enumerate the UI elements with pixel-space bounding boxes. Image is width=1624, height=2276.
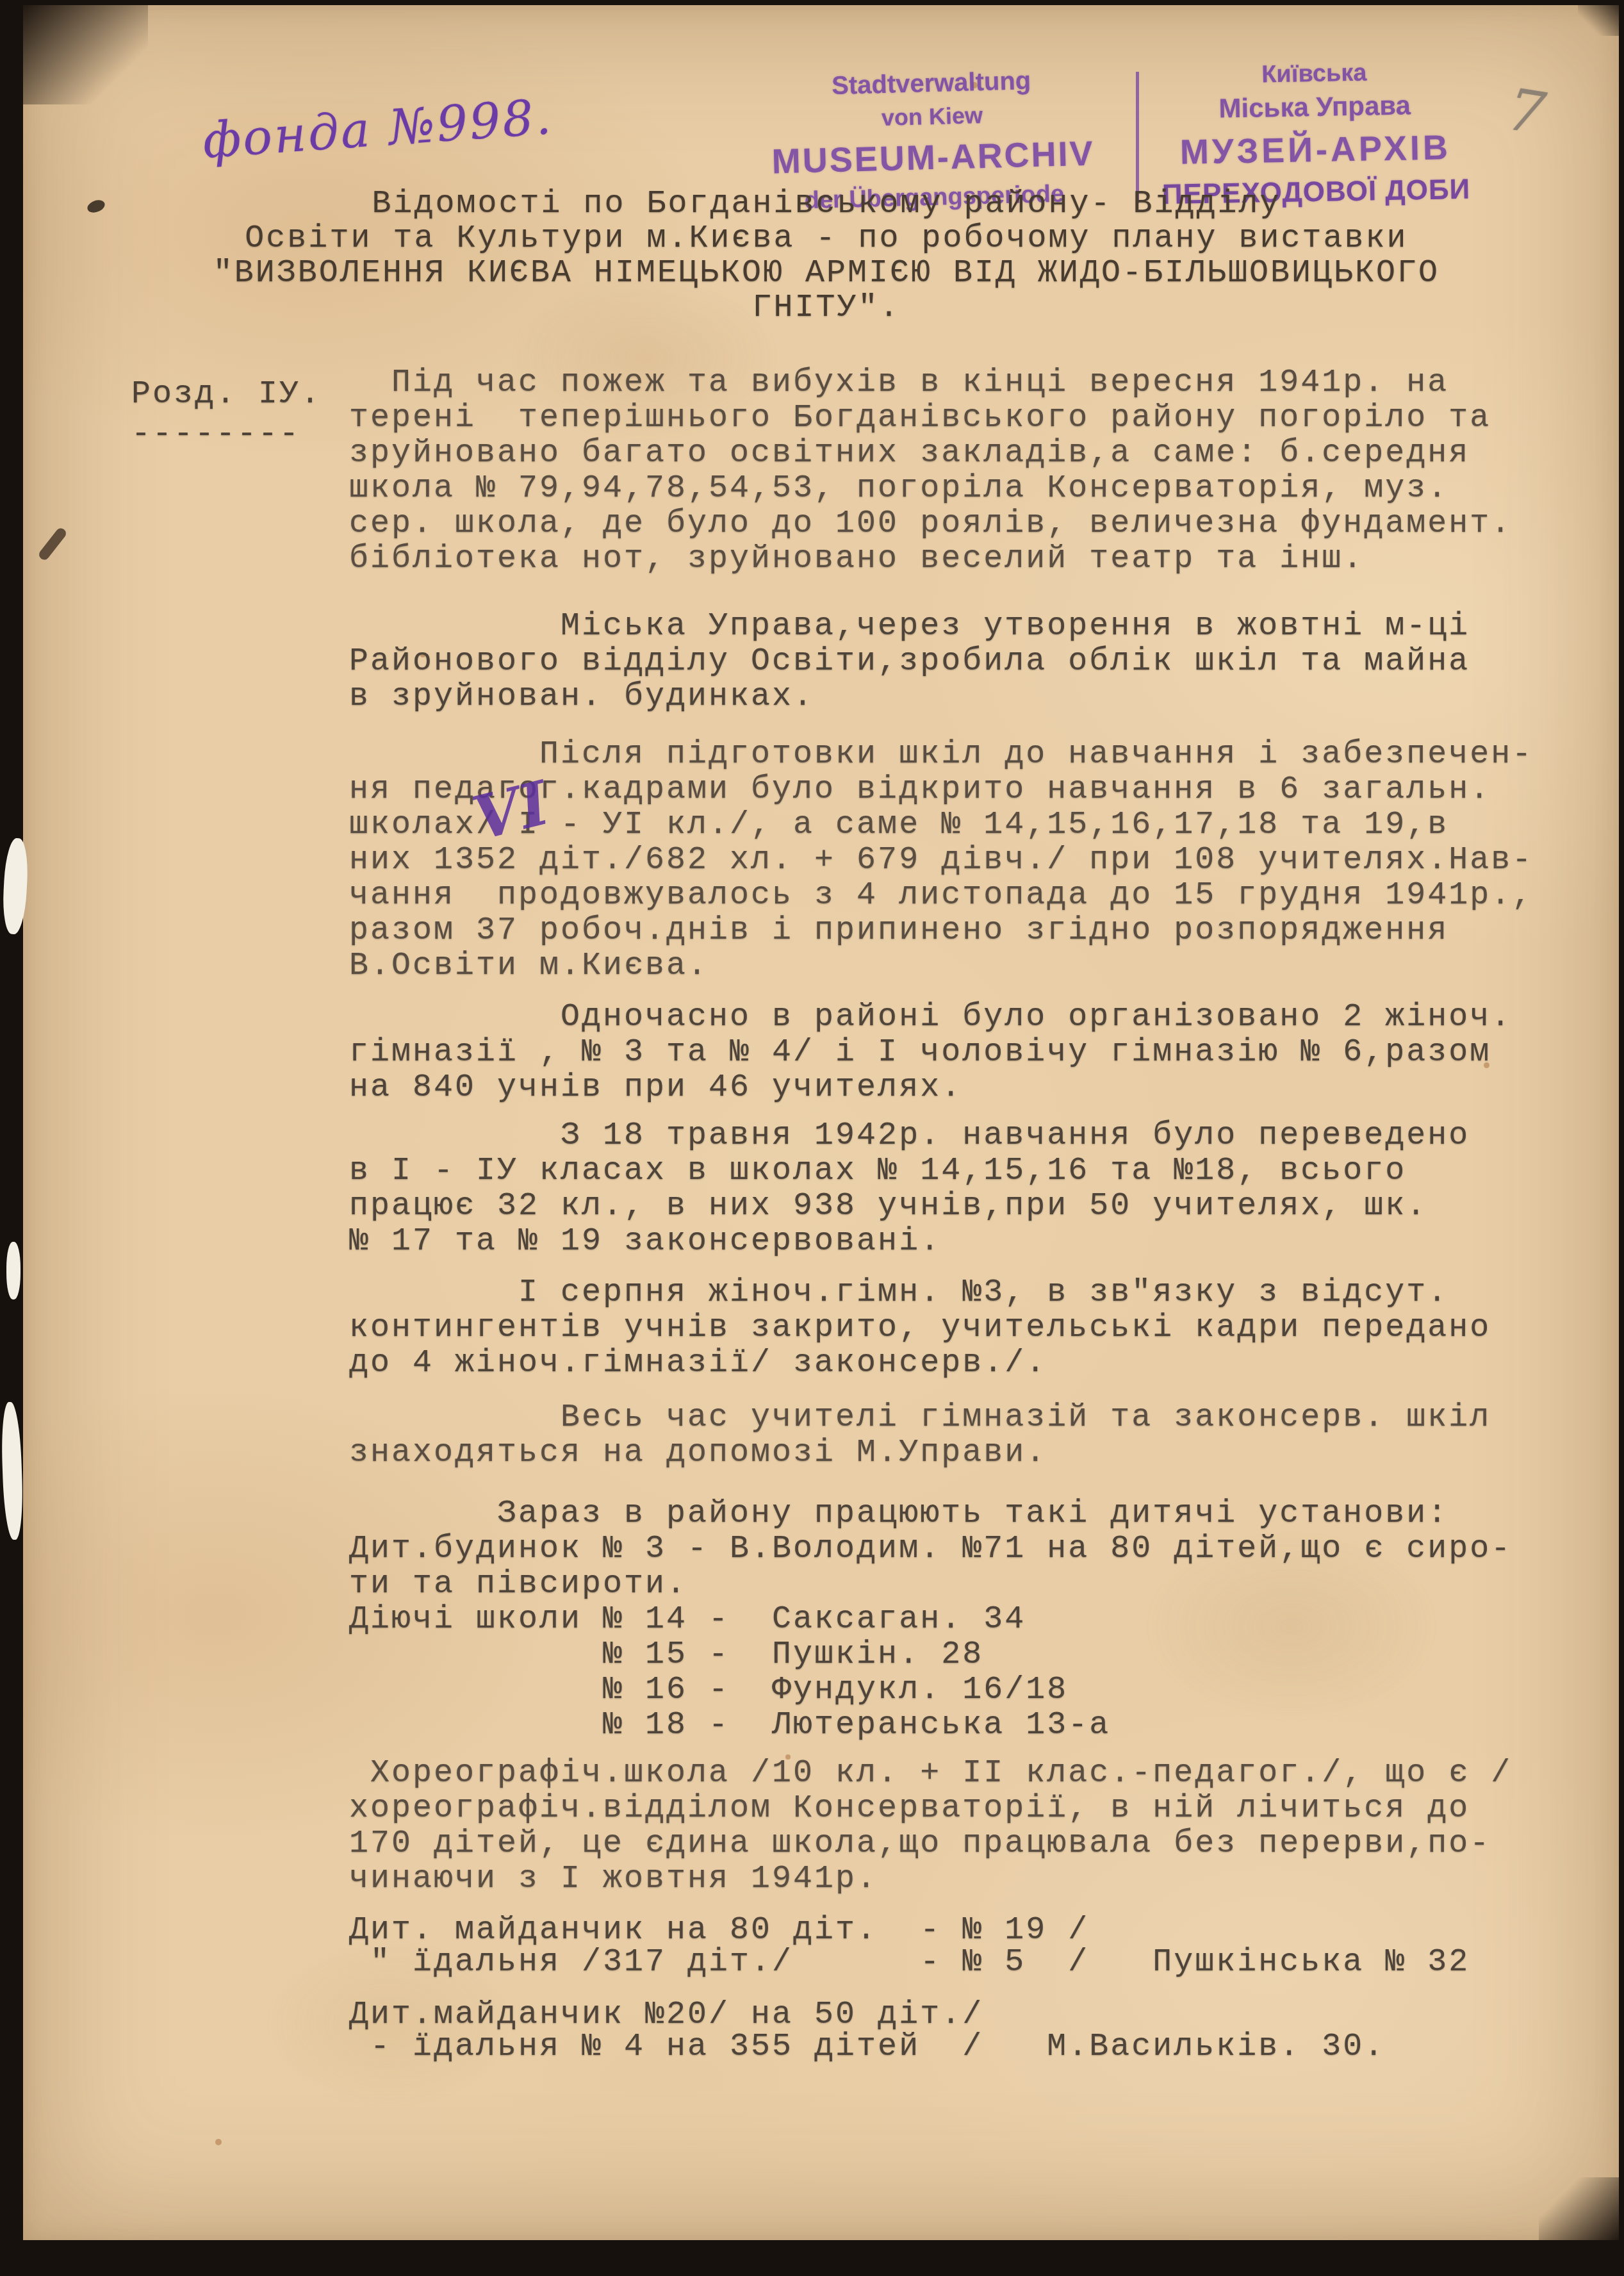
torn-edge-white <box>6 1242 21 1299</box>
paragraph-1: Під час пожеж та вибухів в кінці вересня… <box>349 365 1512 577</box>
paragraph-8: Зараз в району працюють такі дитячі уста… <box>349 1496 1512 1743</box>
paragraph-10: Дит. майданчик на 80 діт. - № 19 / " їда… <box>349 1915 1470 1979</box>
torn-edge-white <box>0 1402 24 1540</box>
paragraph-6: І серпня жіноч.гімн. №3, в зв"язку з від… <box>349 1275 1491 1381</box>
dark-corner-top-left <box>23 5 148 104</box>
paragraph-11: Дит.майданчик №20/ на 50 діт./ - їдальня… <box>349 1999 1385 2063</box>
stamp-german-line3: MUSEUM-ARCHIV <box>741 133 1126 183</box>
torn-edge-white <box>1 837 29 935</box>
paragraph-5: З 18 травня 1942р. навчання було перевед… <box>349 1118 1470 1259</box>
handwritten-fond-number: фонда №998. <box>201 88 555 169</box>
stamp-german-line1: Stadtverwaltung <box>739 64 1124 103</box>
document-scan: фонда №998. Stadtverwaltung von Kiew MUS… <box>0 0 1624 2276</box>
ink-mark <box>37 526 68 562</box>
stamp-ukrainian-line2: Міська Управа <box>1151 89 1479 126</box>
dark-corner-bottom-right <box>1539 2177 1619 2240</box>
stamp-german-line2: von Kiew <box>740 98 1125 135</box>
document-page: фонда №998. Stadtverwaltung von Kiew MUS… <box>23 5 1619 2240</box>
document-title: Відомості по Богданівському району- Відд… <box>128 187 1525 326</box>
page-number: 7 <box>1503 76 1550 148</box>
rust-speck <box>215 2139 222 2145</box>
dark-corner-top-right <box>1578 5 1619 36</box>
paragraph-4: Одночасно в районі було організовано 2 ж… <box>349 1000 1512 1105</box>
section-label: Розд. ІУ. -------- <box>131 375 322 454</box>
paragraph-7: Весь час учителі гімназій та законсерв. … <box>349 1400 1491 1471</box>
paragraph-2: Міська Управа,через утворення в жовтні м… <box>349 609 1470 714</box>
paragraph-9: Хореографіч.школа /10 кл. + ІІ клас.-пед… <box>349 1756 1512 1897</box>
stamp-ukrainian-line3: МУЗЕЙ-АРХІВ <box>1152 128 1479 173</box>
stamp-divider-line <box>1136 72 1139 203</box>
ink-speck <box>86 197 107 215</box>
stamp-ukrainian-line1: Київська <box>1151 58 1478 91</box>
